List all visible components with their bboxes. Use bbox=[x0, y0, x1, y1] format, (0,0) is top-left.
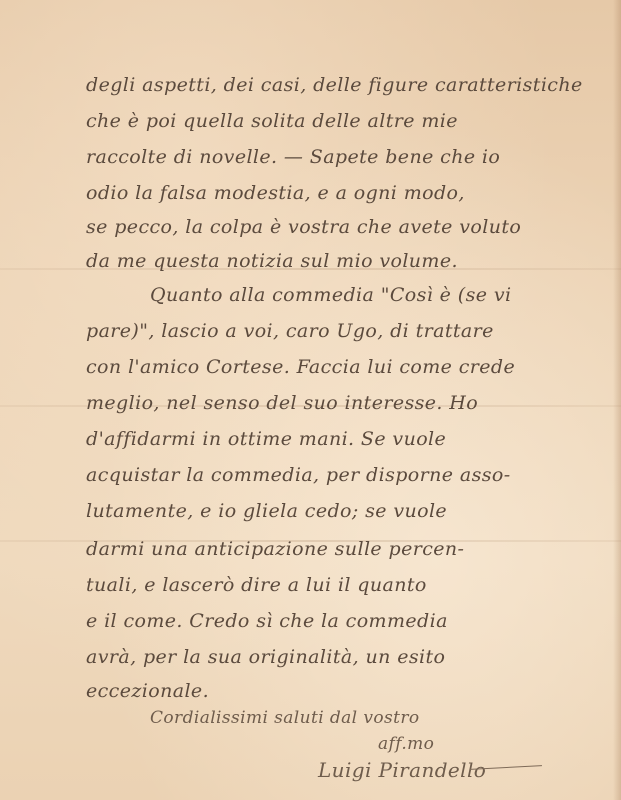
paper-edge-shadow bbox=[613, 0, 621, 800]
letter-line: meglio, nel senso del suo interesse. Ho bbox=[86, 392, 478, 414]
letter-line: pare)", lascio a voi, caro Ugo, di tratt… bbox=[86, 320, 494, 342]
letter-line: tuali, e lascerò dire a lui il quanto bbox=[86, 574, 427, 596]
letter-line: darmi una anticipazione sulle percen- bbox=[86, 538, 464, 560]
letter-line: eccezionale. bbox=[86, 680, 209, 702]
letter-page: degli aspetti, dei casi, delle figure ca… bbox=[0, 0, 621, 800]
letter-line: avrà, per la sua originalità, un esito bbox=[86, 646, 445, 668]
signature: Luigi Pirandello bbox=[318, 758, 486, 782]
letter-line: che è poi quella solita delle altre mie bbox=[86, 110, 458, 132]
letter-line: odio la falsa modestia, e a ogni modo, bbox=[86, 182, 465, 204]
letter-line: e il come. Credo sì che la commedia bbox=[86, 610, 448, 632]
letter-line: d'affidarmi in ottime mani. Se vuole bbox=[86, 428, 446, 450]
letter-line: acquistar la commedia, per disporne asso… bbox=[86, 464, 511, 486]
letter-line: se pecco, la colpa è vostra che avete vo… bbox=[86, 216, 521, 238]
letter-valediction: aff.mo bbox=[378, 734, 434, 754]
letter-line: lutamente, e io gliela cedo; se vuole bbox=[86, 500, 447, 522]
letter-closing: Cordialissimi saluti dal vostro bbox=[150, 708, 419, 728]
letter-line: Quanto alla commedia "Così è (se vi bbox=[150, 284, 511, 306]
letter-line: degli aspetti, dei casi, delle figure ca… bbox=[86, 74, 583, 96]
letter-line: con l'amico Cortese. Faccia lui come cre… bbox=[86, 356, 515, 378]
letter-line: da me questa notizia sul mio volume. bbox=[86, 250, 458, 272]
letter-line: raccolte di novelle. — Sapete bene che i… bbox=[86, 146, 500, 168]
